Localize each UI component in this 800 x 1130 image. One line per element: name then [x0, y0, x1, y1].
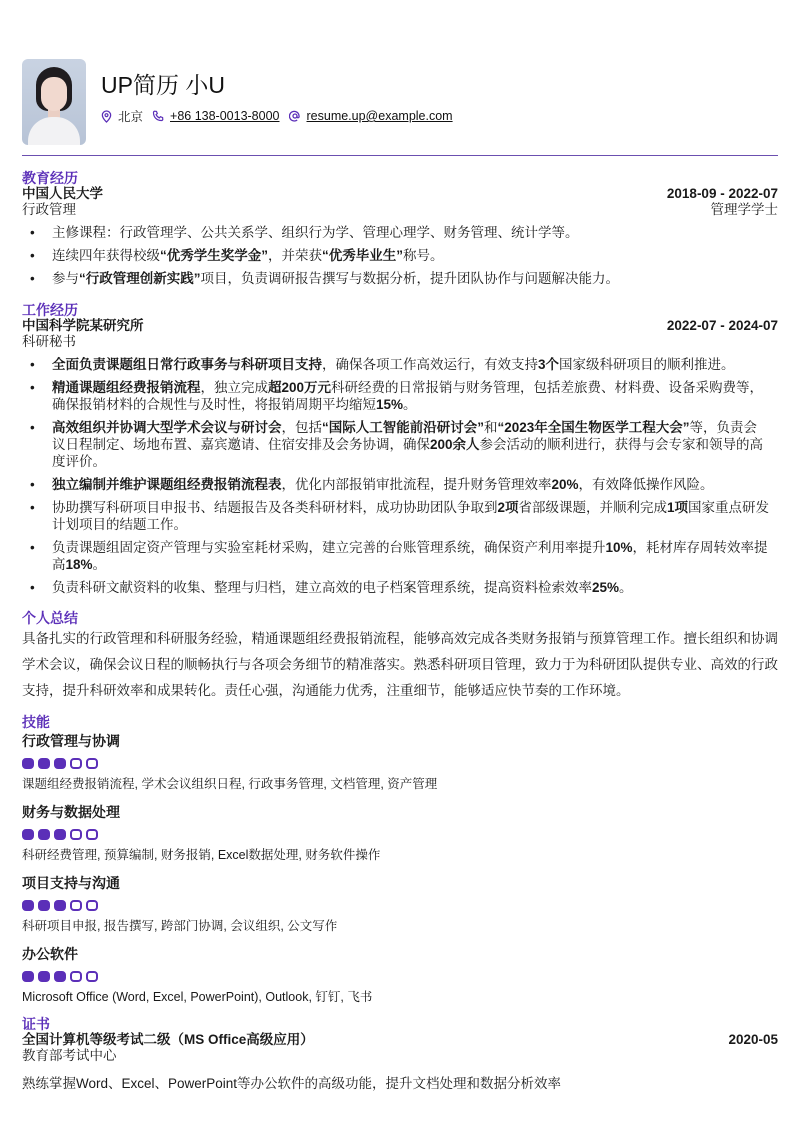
work-bullet: 协助撰写科研项目申报书、结题报告及各类科研材料，成功协助团队争取到2项省部级课题…	[52, 499, 778, 533]
highlight-text: “优秀毕业生”	[322, 248, 403, 263]
skill-name: 办公软件	[22, 945, 778, 963]
rating-dot-filled-icon	[22, 971, 34, 982]
work-bullet: 高效组织并协调大型学术会议与研讨会，包括“国际人工智能前沿研讨会”和“2023年…	[52, 419, 778, 470]
bullet-text: 负责课题组固定资产管理与实验室耗材采购，建立完善的台账管理系统，确保资产利用率提…	[52, 540, 606, 555]
contact-email: resume.up@example.com	[289, 109, 453, 123]
skill-item: 项目支持与沟通科研项目申报, 报告撰写, 跨部门协调, 会议组织, 公文写作	[22, 874, 778, 934]
rating-dot-empty-icon	[70, 829, 82, 840]
section-title-summary: 个人总结	[22, 610, 778, 626]
phone-icon	[152, 110, 164, 122]
rating-dot-filled-icon	[38, 900, 50, 911]
work-bullet: 独立编制并维护课题组经费报销流程表，优化内部报销审批流程，提升财务管理效率20%…	[52, 476, 778, 493]
work-bullet: 精通课题组经费报销流程，独立完成超200万元科研经费的日常报销与财务管理，包括差…	[52, 379, 778, 413]
work-bullet: 全面负责课题组日常行政事务与科研项目支持，确保各项工作高效运行，有效支持3个国家…	[52, 356, 778, 373]
work-dates: 2022-07 - 2024-07	[667, 318, 778, 334]
education-bullet: 主修课程：行政管理学、公共关系学、组织行为学、管理心理学、财务管理、统计学等。	[52, 224, 778, 241]
bullet-text: 项目，负责调研报告撰写与数据分析，提升团队协作与问题解决能力。	[201, 271, 620, 286]
degree: 管理学学士	[711, 202, 779, 218]
skill-keywords: 科研项目申报, 报告撰写, 跨部门协调, 会议组织, 公文写作	[22, 918, 778, 934]
rating-dot-empty-icon	[86, 900, 98, 911]
section-title-skills: 技能	[22, 714, 778, 730]
skill-level-rating	[22, 758, 778, 769]
highlight-text: 200余人	[430, 437, 480, 452]
certificate-issuer: 教育部考试中心	[22, 1048, 117, 1064]
education-bullets: 主修课程：行政管理学、公共关系学、组织行为学、管理心理学、财务管理、统计学等。连…	[22, 224, 778, 287]
contact-info: 北京 +86 138-0013-8000 resume.up@example.c…	[101, 107, 462, 125]
bullet-text: 国家级科研项目的顺利推进。	[559, 357, 735, 372]
highlight-text: 10%	[606, 540, 633, 555]
certificate-description: 熟练掌握Word、Excel、PowerPoint等办公软件的高级功能，提升文档…	[22, 1076, 778, 1092]
rating-dot-filled-icon	[54, 758, 66, 769]
rating-dot-empty-icon	[86, 758, 98, 769]
highlight-text: “国际人工智能前沿研讨会”	[322, 420, 484, 435]
highlight-text: 18%	[66, 557, 93, 572]
email-link[interactable]: resume.up@example.com	[307, 109, 453, 123]
education-bullet: 连续四年获得校级“优秀学生奖学金”，并荣获“优秀毕业生”称号。	[52, 247, 778, 264]
rating-dot-filled-icon	[54, 829, 66, 840]
bullet-text: 称号。	[403, 248, 444, 263]
phone-link[interactable]: +86 138-0013-8000	[170, 109, 279, 123]
rating-dot-empty-icon	[86, 971, 98, 982]
bullet-text: 负责科研文献资料的收集、整理与归档，建立高效的电子档案管理系统，提高资料检索效率	[52, 580, 592, 595]
bullet-text: 。	[403, 397, 417, 412]
location-text: 北京	[118, 107, 143, 125]
highlight-text: 20%	[552, 477, 579, 492]
rating-dot-filled-icon	[54, 971, 66, 982]
skill-name: 行政管理与协调	[22, 732, 778, 750]
bullet-text: ，确保各项工作高效运行，有效支持	[322, 357, 538, 372]
bullet-text: 和	[484, 420, 498, 435]
highlight-text: “2023年全国生物医学工程大会”	[498, 420, 690, 435]
bullet-text: 。	[93, 557, 107, 572]
highlight-text: 独立编制并维护课题组经费报销流程表	[52, 477, 282, 492]
summary-section: 个人总结 具备扎实的行政管理和科研服务经验，精通课题组经费报销流程，能够高效完成…	[22, 610, 778, 704]
skill-level-rating	[22, 829, 778, 840]
contact-phone: +86 138-0013-8000	[152, 109, 279, 123]
section-title-education: 教育经历	[22, 170, 778, 186]
highlight-text: 15%	[376, 397, 403, 412]
highlight-text: “优秀学生奖学金”	[160, 248, 268, 263]
bullet-text: 连续四年获得校级	[52, 248, 160, 263]
highlight-text: “行政管理创新实践”	[79, 271, 201, 286]
highlight-text: 1项	[667, 500, 688, 515]
highlight-text: 精通课题组经费报销流程	[52, 380, 201, 395]
rating-dot-filled-icon	[38, 971, 50, 982]
rating-dot-empty-icon	[70, 758, 82, 769]
skill-name: 财务与数据处理	[22, 803, 778, 821]
work-bullet: 负责科研文献资料的收集、整理与归档，建立高效的电子档案管理系统，提高资料检索效率…	[52, 579, 778, 596]
skill-name: 项目支持与沟通	[22, 874, 778, 892]
work-section: 工作经历 中国科学院某研究所 2022-07 - 2024-07 科研秘书 全面…	[22, 302, 778, 596]
highlight-text: 3个	[538, 357, 559, 372]
highlight-text: 高效组织并协调大型学术会议与研讨会	[52, 420, 282, 435]
rating-dot-filled-icon	[22, 829, 34, 840]
certificate-date: 2020-05	[728, 1032, 778, 1048]
skill-item: 办公软件Microsoft Office (Word, Excel, Power…	[22, 945, 778, 1005]
education-dates: 2018-09 - 2022-07	[667, 186, 778, 202]
bullet-text: 省部级课题，并顺利完成	[519, 500, 668, 515]
rating-dot-empty-icon	[70, 900, 82, 911]
education-section: 教育经历 中国人民大学 2018-09 - 2022-07 行政管理 管理学学士…	[22, 170, 778, 287]
highlight-text: 25%	[592, 580, 619, 595]
skill-item: 行政管理与协调课题组经费报销流程, 学术会议组织日程, 行政事务管理, 文档管理…	[22, 732, 778, 792]
resume-header: UP简历 小U 北京 +86 138-0013-8000 resume.up@e…	[22, 0, 778, 154]
skill-item: 财务与数据处理科研经费管理, 预算编制, 财务报销, Excel数据处理, 财务…	[22, 803, 778, 863]
skill-keywords: 科研经费管理, 预算编制, 财务报销, Excel数据处理, 财务软件操作	[22, 847, 778, 863]
rating-dot-filled-icon	[22, 758, 34, 769]
bullet-text: 协助撰写科研项目申报书、结题报告及各类科研材料，成功协助团队争取到	[52, 500, 498, 515]
location-pin-icon	[101, 110, 112, 123]
work-bullets: 全面负责课题组日常行政事务与科研项目支持，确保各项工作高效运行，有效支持3个国家…	[22, 356, 778, 596]
skill-keywords: Microsoft Office (Word, Excel, PowerPoin…	[22, 989, 778, 1005]
skill-level-rating	[22, 971, 778, 982]
at-sign-icon	[289, 110, 301, 122]
summary-text: 具备扎实的行政管理和科研服务经验，精通课题组经费报销流程，能够高效完成各类财务报…	[22, 626, 778, 704]
rating-dot-empty-icon	[70, 971, 82, 982]
rating-dot-filled-icon	[22, 900, 34, 911]
bullet-text: 。	[619, 580, 633, 595]
section-title-work: 工作经历	[22, 302, 778, 318]
highlight-text: 全面负责课题组日常行政事务与科研项目支持	[52, 357, 322, 372]
bullet-text: ，并荣获	[268, 248, 322, 263]
highlight-text: 2项	[498, 500, 519, 515]
education-bullet: 参与“行政管理创新实践”项目，负责调研报告撰写与数据分析，提升团队协作与问题解决…	[52, 270, 778, 287]
work-bullet: 负责课题组固定资产管理与实验室耗材采购，建立完善的台账管理系统，确保资产利用率提…	[52, 539, 778, 573]
resume-page: UP简历 小U 北京 +86 138-0013-8000 resume.up@e…	[0, 0, 800, 1092]
rating-dot-empty-icon	[86, 829, 98, 840]
header-divider	[22, 155, 778, 156]
rating-dot-filled-icon	[38, 829, 50, 840]
major: 行政管理	[22, 202, 76, 218]
bullet-text: 主修课程：行政管理学、公共关系学、组织行为学、管理心理学、财务管理、统计学等。	[52, 225, 579, 240]
certificates-section: 证书 全国计算机等级考试二级（MS Office高级应用） 2020-05 教育…	[22, 1016, 778, 1092]
school-name: 中国人民大学	[22, 186, 103, 202]
skill-keywords: 课题组经费报销流程, 学术会议组织日程, 行政事务管理, 文档管理, 资产管理	[22, 776, 778, 792]
highlight-text: 超200万元	[268, 380, 331, 395]
section-title-certificates: 证书	[22, 1016, 778, 1032]
bullet-text: ，独立完成	[201, 380, 269, 395]
bullet-text: ，优化内部报销审批流程，提升财务管理效率	[282, 477, 552, 492]
candidate-name: UP简历 小U	[101, 71, 462, 99]
skills-section: 技能 行政管理与协调课题组经费报销流程, 学术会议组织日程, 行政事务管理, 文…	[22, 714, 778, 1005]
contact-location: 北京	[101, 107, 143, 125]
bullet-text: ，包括	[282, 420, 323, 435]
skill-level-rating	[22, 900, 778, 911]
company-name: 中国科学院某研究所	[22, 318, 144, 334]
job-role: 科研秘书	[22, 334, 76, 350]
bullet-text: ，有效降低操作风险。	[579, 477, 714, 492]
rating-dot-filled-icon	[38, 758, 50, 769]
rating-dot-filled-icon	[54, 900, 66, 911]
certificate-name: 全国计算机等级考试二级（MS Office高级应用）	[22, 1032, 314, 1048]
bullet-text: 参与	[52, 271, 79, 286]
avatar	[22, 59, 86, 145]
